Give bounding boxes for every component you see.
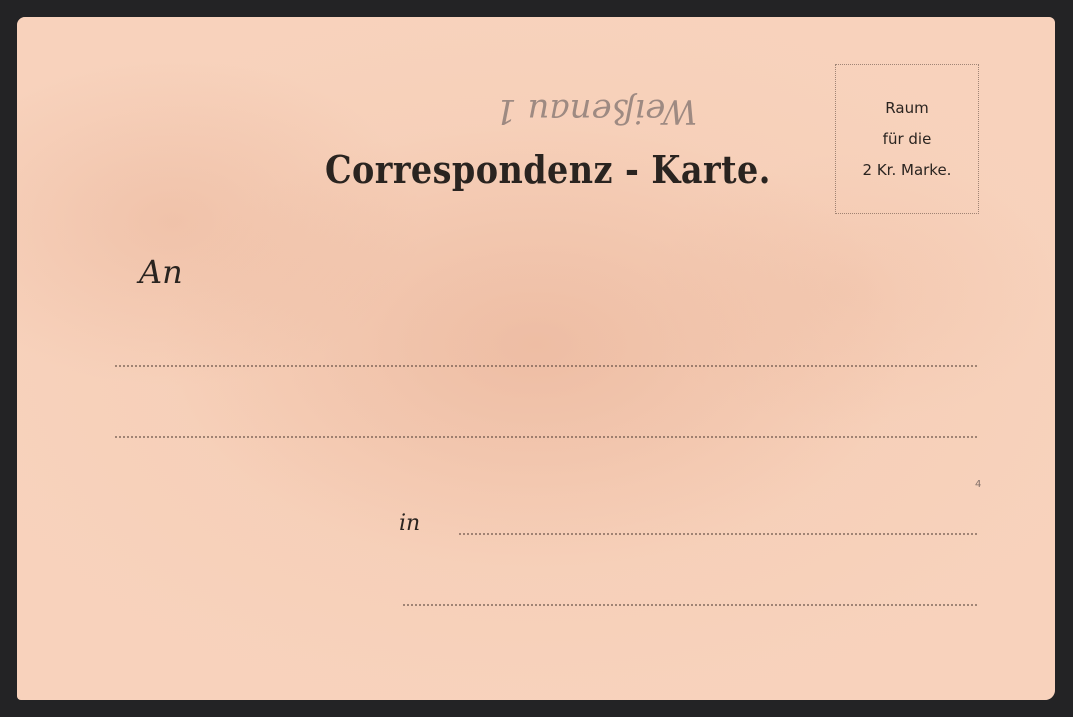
address-line-2 bbox=[115, 436, 977, 438]
stamp-line-1: Raum bbox=[836, 93, 978, 124]
place-label: in bbox=[399, 511, 420, 536]
address-label: An bbox=[139, 253, 183, 291]
place-line bbox=[459, 533, 977, 535]
ink-mark: 4 bbox=[975, 479, 981, 490]
stamp-box: Raum für die 2 Kr. Marke. bbox=[835, 64, 979, 214]
stamp-box-text: Raum für die 2 Kr. Marke. bbox=[836, 93, 978, 186]
stamp-line-2: für die bbox=[836, 124, 978, 155]
postcard: Weißenau 1 Correspondenz - Karte. Raum f… bbox=[17, 17, 1055, 700]
pencil-annotation: Weißenau 1 bbox=[495, 91, 698, 131]
address-line-1 bbox=[115, 365, 977, 367]
place-line-2 bbox=[403, 604, 977, 606]
card-title: Correspondenz - Karte. bbox=[325, 147, 771, 192]
stamp-line-3: 2 Kr. Marke. bbox=[836, 155, 978, 186]
